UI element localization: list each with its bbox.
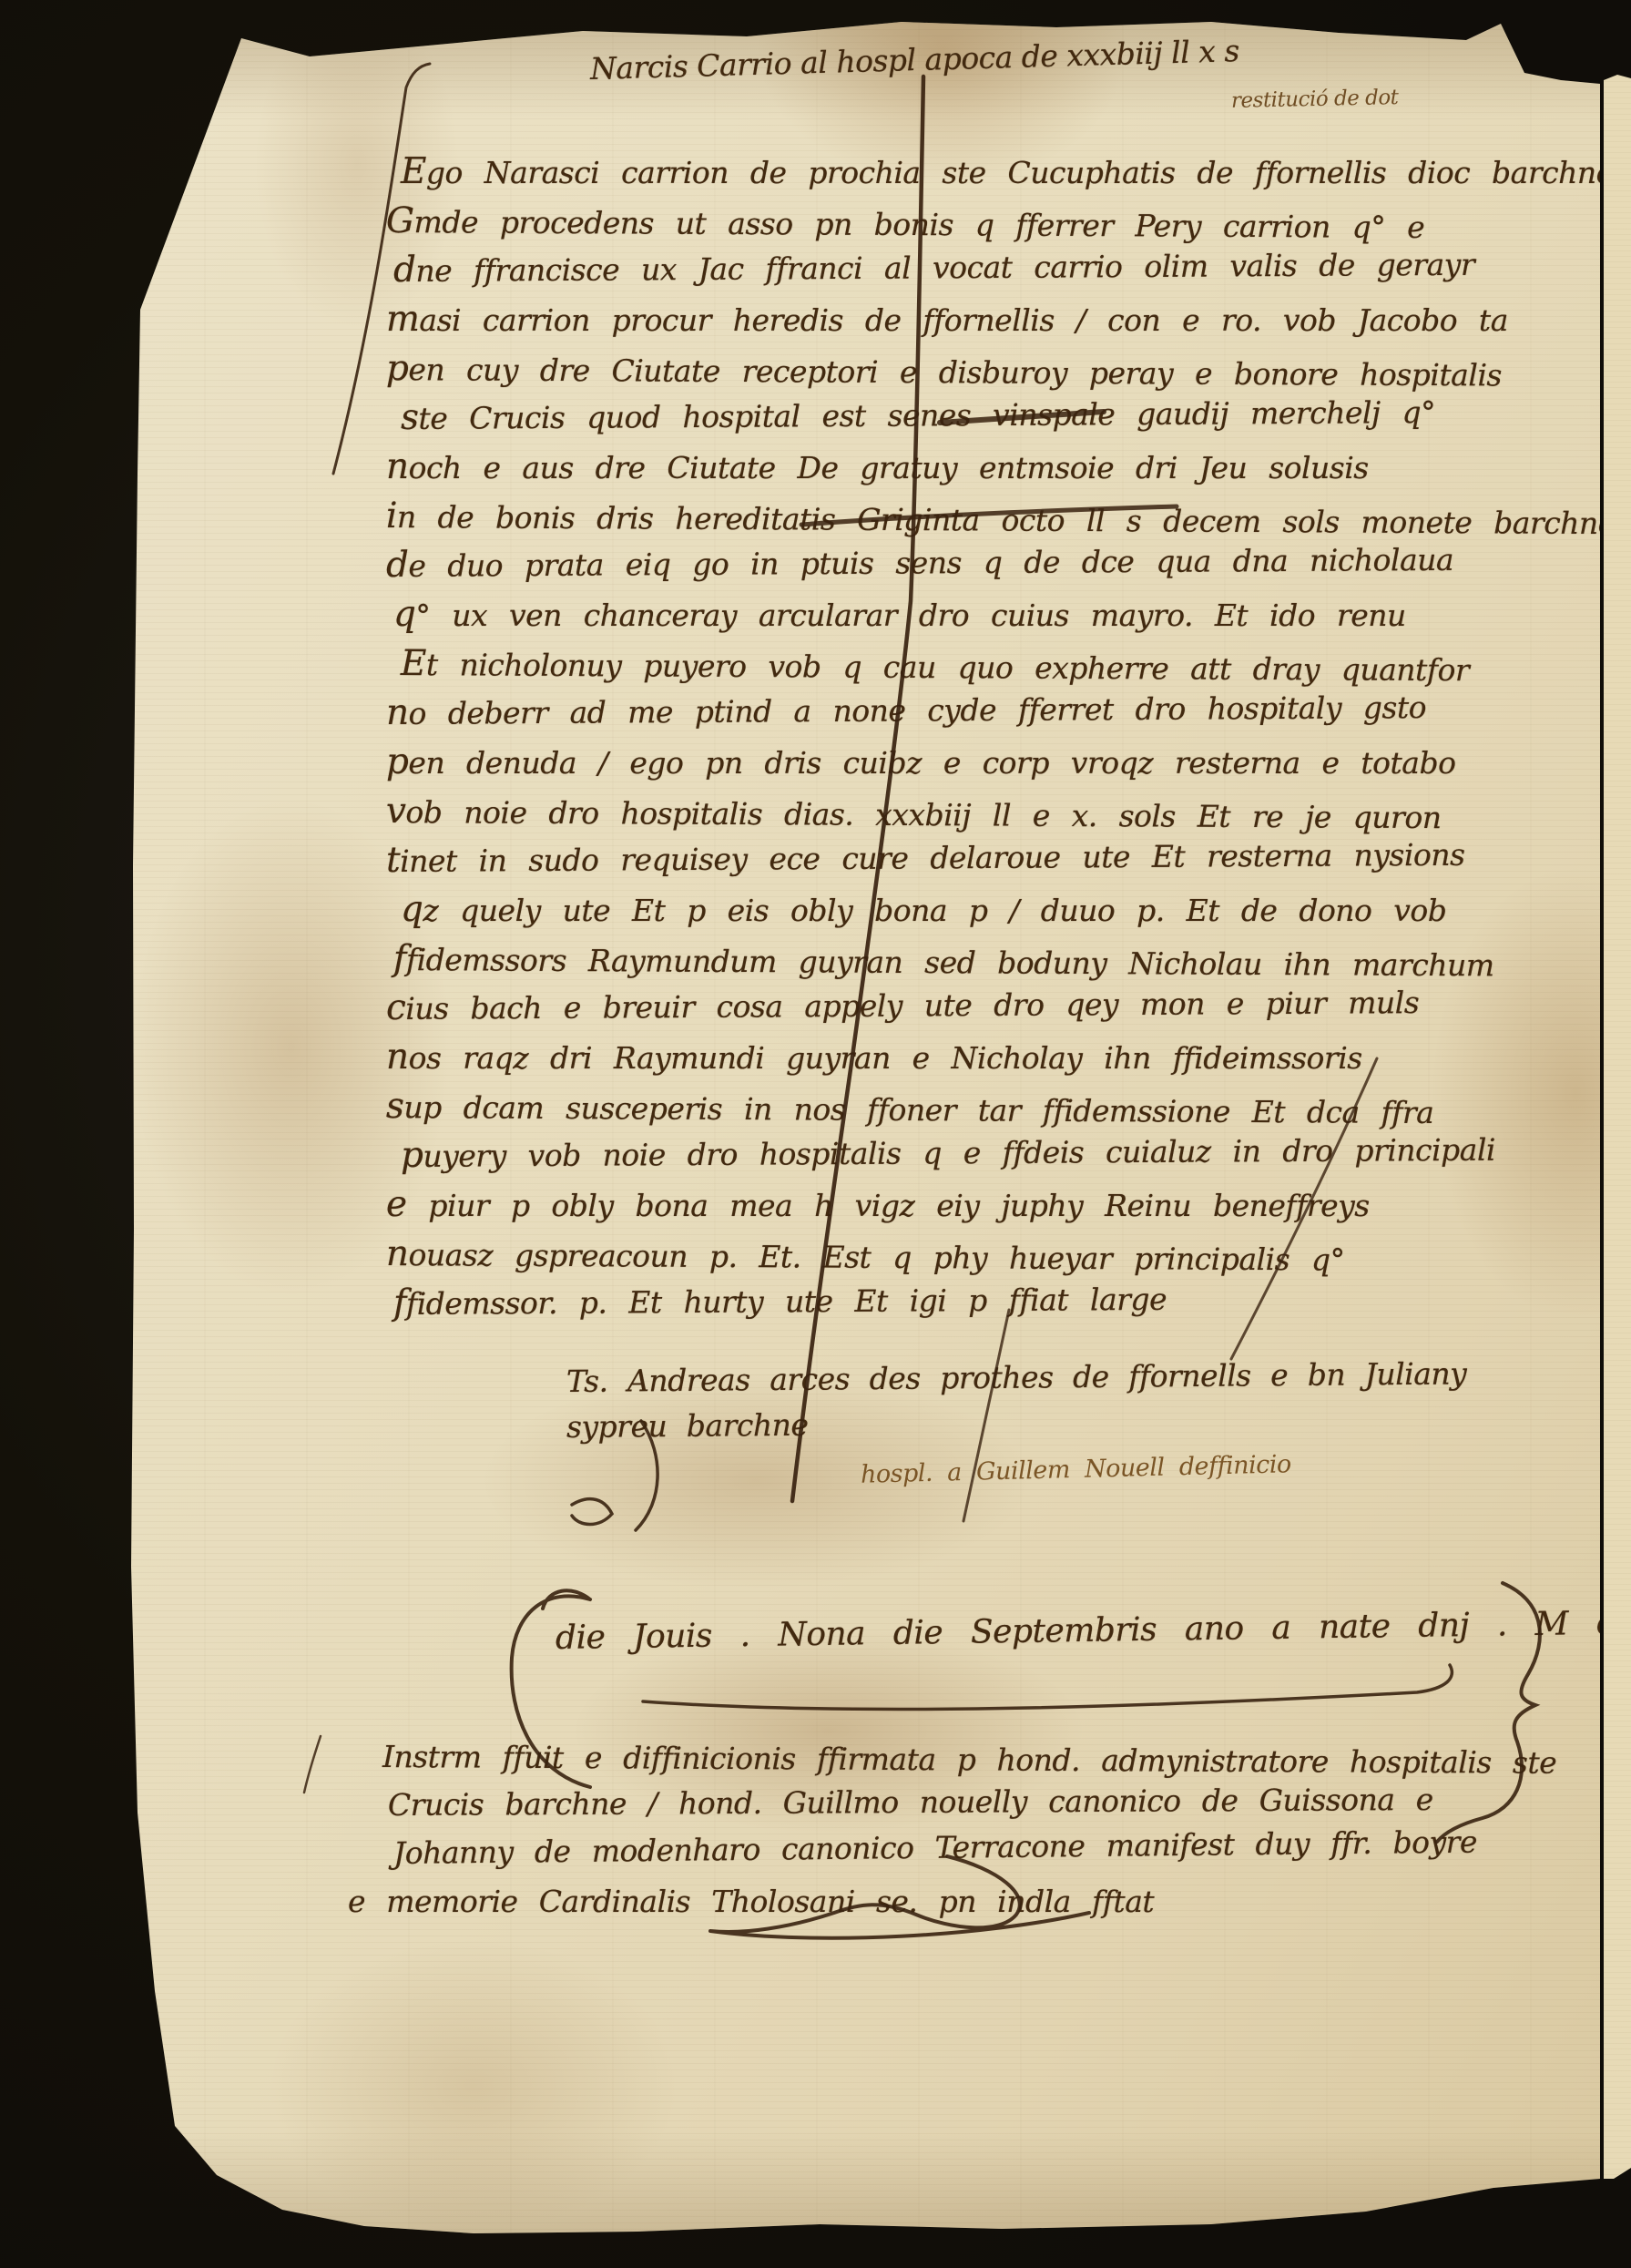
manuscript-line: Ego Narasci carrion de prochia ste Cucup… xyxy=(401,148,1579,197)
witness-line: Ts. Andreas arces des prothes de ffornel… xyxy=(566,1351,1467,1405)
manuscript-line: tinet in sudo requisey ece cure delaroue… xyxy=(386,829,1579,885)
manuscript-line: de duo prata eiq go in ptuis sens q de d… xyxy=(386,534,1579,590)
manuscript-line: q° ux ven chanceray arcularar dro cuius … xyxy=(393,590,1579,639)
manuscript-line: noch e aus dre Ciutate De gratuy entmsoi… xyxy=(386,443,1579,492)
manuscript-line: qz quely ute Et p eis obly bona p / duuo… xyxy=(401,885,1579,935)
manuscript-line: pen denuda / ego pn dris cuibz e corp vr… xyxy=(386,738,1579,787)
manuscript-line: ste Crucis quod hospital est senes vinsp… xyxy=(401,386,1579,443)
closing-margin-slash xyxy=(304,1736,321,1793)
photo-backdrop: Narcis Carrio al hospl apoca de xxxbiij … xyxy=(0,0,1631,2268)
witness-line: sypreu barchne xyxy=(566,1396,1467,1450)
manuscript-line: puyery vob noie dro hospitalis q e ffdei… xyxy=(401,1124,1579,1180)
header-note: restitució de dot xyxy=(1231,86,1399,113)
definition-note: hospl. a Guillem Nouell deffinicio xyxy=(861,1450,1291,1489)
closing-line: e memorie Cardinalis Tholosani se. pn in… xyxy=(348,1877,1556,1926)
manuscript-line: no deberr ad me ptind a none cyde fferre… xyxy=(386,681,1579,738)
manuscript-line: cius bach e breuir cosa appely ute dro q… xyxy=(386,976,1579,1033)
manuscript-line: dne ffrancisce ux Jac ffranci al vocat c… xyxy=(393,239,1579,295)
manuscript-page: Narcis Carrio al hospl apoca de xxxbiij … xyxy=(0,0,1631,2268)
manuscript-line: ffidemssor. p. Et hurty ute Et igi p ffi… xyxy=(393,1272,1579,1328)
manuscript-line: e piur p obly bona mea h vigz eiy juphy … xyxy=(386,1180,1579,1230)
date-underline-flourish xyxy=(643,1665,1452,1710)
witness-block: Ts. Andreas arces des prothes de ffornel… xyxy=(566,1359,1466,1450)
date-line: die Jouis . Nona die Septembris ano a na… xyxy=(556,1602,1631,1657)
body-text-block: Ego Narasci carrion de prochia ste Cucup… xyxy=(386,148,1579,1328)
manuscript-line: nos raqz dri Raymundi guyran e Nicholay … xyxy=(386,1033,1579,1082)
header-title: Narcis Carrio al hospl apoca de xxxbiij … xyxy=(589,33,1239,87)
manuscript-line: masi carrion procur heredis de ffornelli… xyxy=(386,295,1579,344)
closing-block: Instrm ffuit e diffinicionis ffirmata p … xyxy=(348,1732,1556,1926)
